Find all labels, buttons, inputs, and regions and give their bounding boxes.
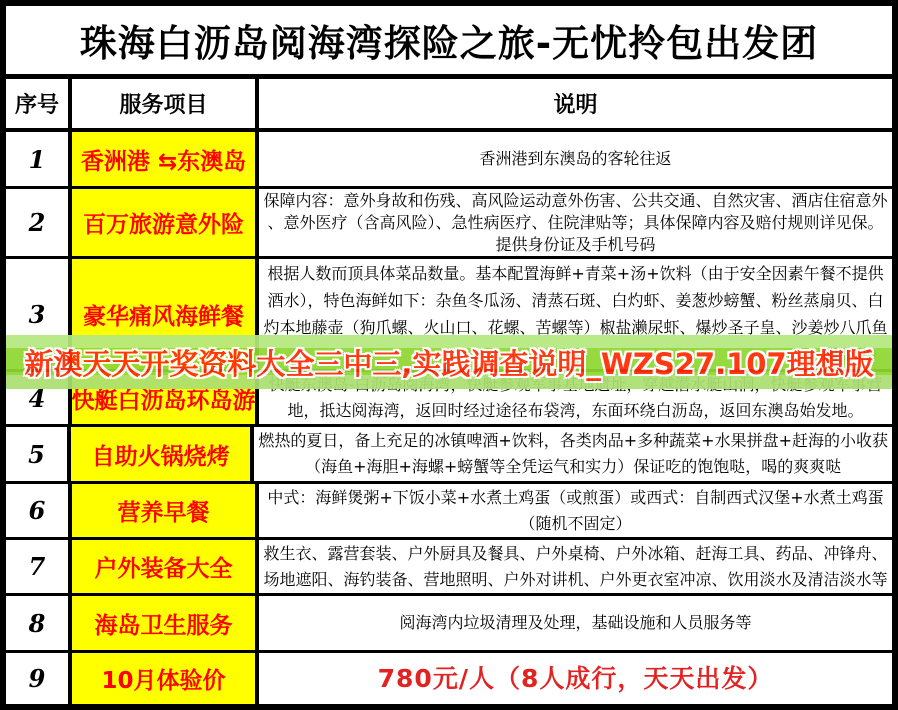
- description-line: 根据人数而顶具体菜品数量。基本配置海鲜+青菜+汤+饮料（由于安全因素午餐不提供: [263, 260, 888, 287]
- table-row: 5自助火锅烧烤燃热的夏日，备上充足的冰镇啤酒+饮料，各类肉品+多种蔬菜+水果拼盘…: [6, 427, 892, 484]
- table-row: 8海岛卫生服务阅海湾内垃圾清理及处理，基础设施和人员服务等: [6, 596, 892, 653]
- service-item-cell: 户外装备大全: [72, 540, 259, 593]
- row-serial-number: 9: [6, 653, 72, 704]
- service-item-cell: 百万旅游意外险: [72, 189, 259, 256]
- description-cell: 香洲港到东澳岛的客轮往返: [259, 132, 892, 186]
- service-item-cell: 海岛卫生服务: [72, 596, 259, 650]
- description-line: 780元/人（8人成行，天天出发）: [263, 664, 888, 694]
- description-line: 酒水），特色海鲜如下：杂鱼冬瓜汤、清蒸石斑、白灼虾、姜葱炒螃蟹、粉丝蒸扇贝、白: [263, 287, 888, 314]
- watermark-banner: 新澳天天开奖资料大全三中三,实践调查说明_WZS27.107理想版: [6, 335, 892, 389]
- table-row: 2百万旅游意外险保障内容：意外身故和伤残、高风险运动意外伤害、公共交通、自然灾害…: [6, 189, 892, 259]
- header-description: 说明: [259, 79, 892, 128]
- service-item-cell: 香洲港 ⇆东澳岛: [72, 132, 259, 186]
- description-line: 、意外医疗（含高风险）、急性病医疗、住院津贴等；具体保障内容及赔付规则详见保。: [263, 212, 888, 234]
- description-cell: 780元/人（8人成行，天天出发）: [259, 653, 892, 704]
- description-line: 地，抵达阅海湾，返回时经过途径布袋湾，东面环绕白沥岛，返回东澳岛始发地。: [263, 398, 888, 424]
- header-service-item: 服务项目: [72, 79, 259, 128]
- table-body: 1香洲港 ⇆东澳岛香洲港到东澳岛的客轮往返2百万旅游意外险保障内容：意外身故和伤…: [6, 132, 892, 704]
- description-cell: 燃热的夏日，备上充足的冰镇啤酒+饮料，各类肉品+多种蔬菜+水果拼盘+赶海的小收获…: [254, 427, 892, 481]
- page-title: 珠海白沥岛阅海湾探险之旅-无忧拎包出发团: [6, 6, 892, 79]
- description-line: 阅海湾内垃圾清理及处理，基础设施和人员服务等: [263, 610, 888, 636]
- description-cell: 救生衣、露营套装、户外厨具及餐具、户外桌椅、户外冰箱、赶海工具、药品、冲锋舟、场…: [259, 540, 892, 593]
- table-row: 7户外装备大全救生衣、露营套装、户外厨具及餐具、户外桌椅、户外冰箱、赶海工具、药…: [6, 540, 892, 596]
- description-line: 提供身份证及手机号码: [263, 234, 888, 256]
- description-cell: 保障内容：意外身故和伤残、高风险运动意外伤害、公共交通、自然灾害、酒店住宿意外、…: [259, 189, 892, 256]
- table-row: 6营养早餐中式：海鲜煲粥+下饭小菜+水煮土鸡蛋（或煎蛋）或西式：自制西式汉堡+水…: [6, 484, 892, 540]
- description-cell: 中式：海鲜煲粥+下饭小菜+水煮土鸡蛋（或煎蛋）或西式：自制西式汉堡+水煮土鸡蛋（…: [259, 484, 892, 537]
- description-line: 中式：海鲜煲粥+下饭小菜+水煮土鸡蛋（或煎蛋）或西式：自制西式汉堡+水煮土鸡蛋: [263, 485, 888, 511]
- description-line: 场地遮阳、海钓装备、营地照明、户外对讲机、户外更衣室冲凉、饮用淡水及清洁淡水等: [263, 567, 888, 593]
- description-line: （随机不固定）: [263, 511, 888, 537]
- row-serial-number: 5: [6, 427, 71, 481]
- description-line: 燃热的夏日，备上充足的冰镇啤酒+饮料，各类肉品+多种蔬菜+水果拼盘+赶海的小收获: [258, 428, 888, 454]
- table-header-row: 序号 服务项目 说明: [6, 79, 892, 132]
- description-line: 保障内容：意外身故和伤残、高风险运动意外伤害、公共交通、自然灾害、酒店住宿意外: [263, 190, 888, 212]
- service-item-cell: 营养早餐: [72, 484, 259, 537]
- row-serial-number: 2: [6, 189, 72, 256]
- watermark-text: 新澳天天开奖资料大全三中三,实践调查说明_WZS27.107理想版: [24, 342, 873, 383]
- header-serial-number: 序号: [6, 79, 72, 128]
- row-serial-number: 6: [6, 484, 72, 537]
- row-serial-number: 8: [6, 596, 72, 650]
- service-item-cell: 自助火锅烧烤: [71, 427, 255, 481]
- row-serial-number: 7: [6, 540, 72, 593]
- table-row: 910月体验价780元/人（8人成行，天天出发）: [6, 653, 892, 704]
- description-cell: 阅海湾内垃圾清理及处理，基础设施和人员服务等: [259, 596, 892, 650]
- service-item-cell: 10月体验价: [72, 653, 259, 704]
- row-serial-number: 1: [6, 132, 72, 186]
- description-line: （海鱼+海胆+海螺+螃蟹等全凭运气和实力）保证吃的饱饱哒，喝的爽爽哒: [258, 454, 888, 480]
- table-row: 1香洲港 ⇆东澳岛香洲港到东澳岛的客轮往返: [6, 132, 892, 189]
- description-line: 香洲港到东澳岛的客轮往返: [263, 146, 888, 172]
- travel-itinerary-table: 珠海白沥岛阅海湾探险之旅-无忧拎包出发团 序号 服务项目 说明 1香洲港 ⇆东澳…: [0, 0, 898, 710]
- description-line: 救生衣、露营套装、户外厨具及餐具、户外桌椅、户外冰箱、赶海工具、药品、冲锋舟、: [263, 541, 888, 567]
